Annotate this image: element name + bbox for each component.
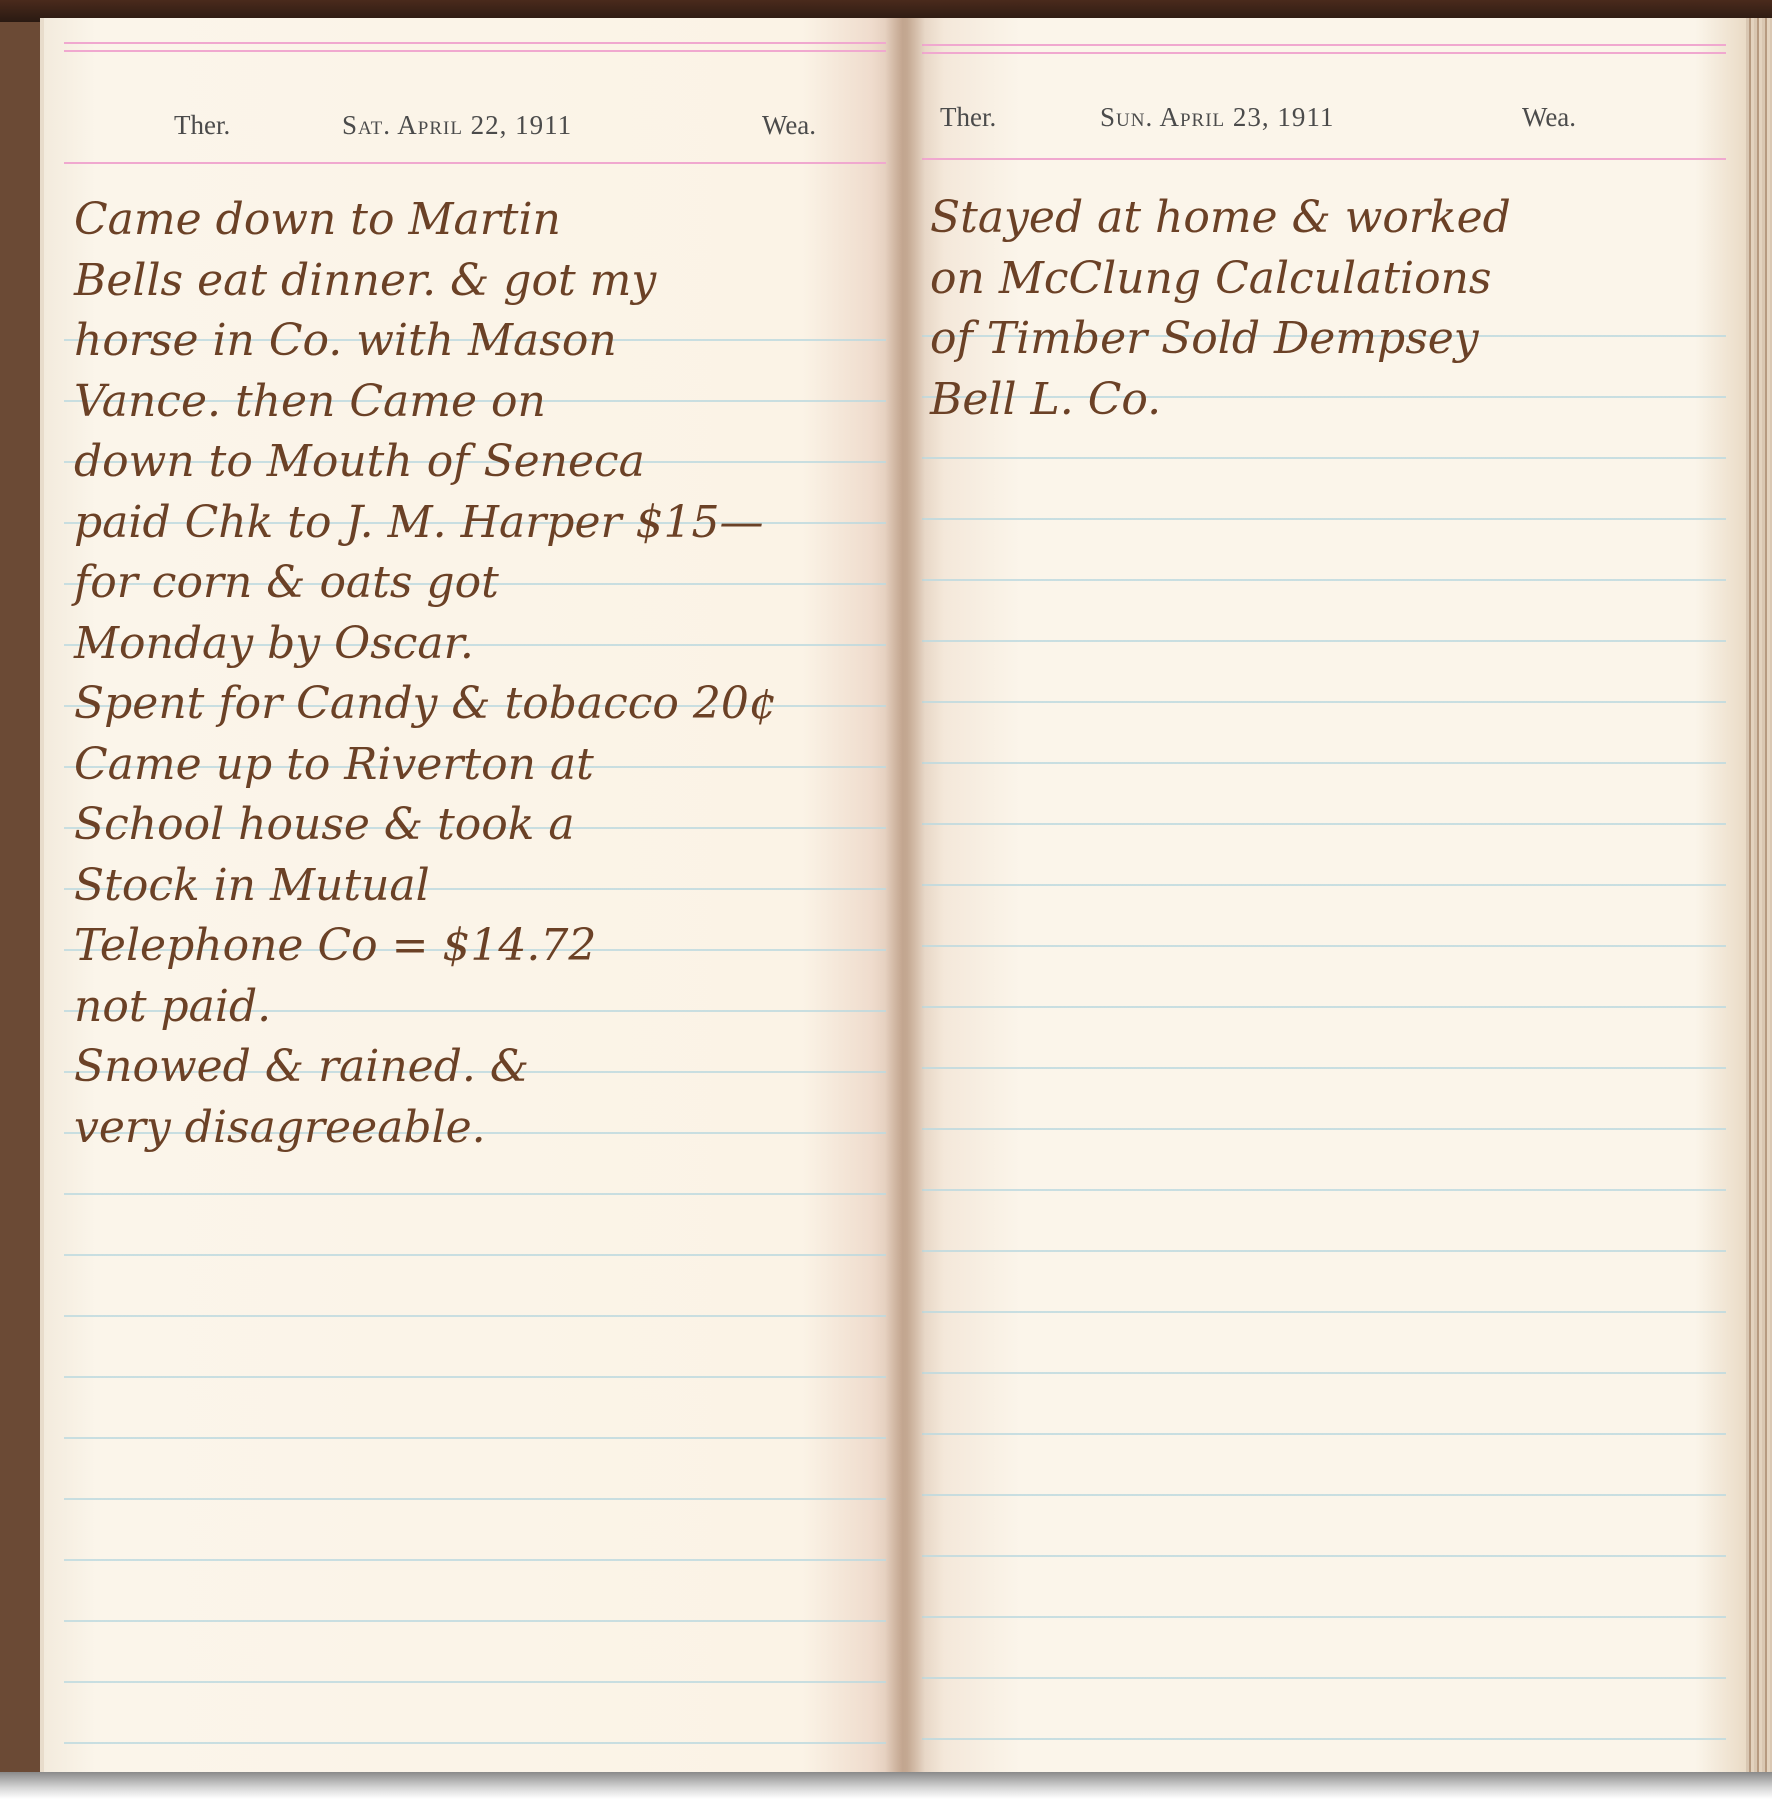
entry-line: School house & took a bbox=[74, 795, 876, 856]
entry-line: Came up to Riverton at bbox=[74, 735, 876, 796]
entry-line: of Timber Sold Dempsey bbox=[930, 309, 1716, 370]
weather-label: Wea. bbox=[1522, 102, 1576, 133]
entry-line: Bells eat dinner. & got my bbox=[74, 251, 876, 312]
diary-entry: Stayed at home & worked on McClung Calcu… bbox=[930, 188, 1716, 430]
header-rule-top bbox=[64, 42, 886, 44]
entry-line: on McClung Calculations bbox=[930, 249, 1716, 310]
header-rule-top-double bbox=[64, 50, 886, 52]
ruled-lines bbox=[922, 276, 1726, 1776]
entry-line: not paid. bbox=[74, 977, 876, 1038]
entry-line: Monday by Oscar. bbox=[74, 614, 876, 675]
entry-line: paid Chk to J. M. Harper $15— bbox=[74, 493, 876, 554]
page-date: Sat. April 22, 1911 bbox=[342, 110, 572, 141]
thermometer-label: Ther. bbox=[940, 102, 996, 133]
entry-line: Stock in Mutual bbox=[74, 856, 876, 917]
entry-line: for corn & oats got bbox=[74, 553, 876, 614]
entry-line: Stayed at home & worked bbox=[930, 188, 1716, 249]
header-rule-bottom bbox=[922, 158, 1726, 160]
thermometer-label: Ther. bbox=[174, 110, 230, 141]
header-rule-bottom bbox=[64, 162, 886, 164]
diary-page-right: Ther. Sun. April 23, 1911 Wea. Stayed at… bbox=[902, 18, 1746, 1776]
page-stack-edges bbox=[1746, 18, 1772, 1776]
entry-line: down to Mouth of Seneca bbox=[74, 432, 876, 493]
entry-line: Snowed & rained. & bbox=[74, 1037, 876, 1098]
entry-line: Telephone Co = $14.72 bbox=[74, 916, 876, 977]
diary-page-left: Ther. Sat. April 22, 1911 Wea. Came down… bbox=[40, 18, 906, 1776]
header-rule-top-double bbox=[922, 52, 1726, 54]
header-rule-top bbox=[922, 44, 1726, 46]
book-cover-bottom-edge bbox=[0, 1772, 1772, 1799]
page-header: Ther. Sat. April 22, 1911 Wea. bbox=[44, 110, 906, 150]
entry-line: very disagreeable. bbox=[74, 1098, 876, 1159]
page-date: Sun. April 23, 1911 bbox=[1100, 102, 1334, 133]
entry-line: Vance. then Came on bbox=[74, 372, 876, 433]
entry-line: Spent for Candy & tobacco 20¢ bbox=[74, 674, 876, 735]
diary-entry: Came down to Martin Bells eat dinner. & … bbox=[74, 190, 876, 1158]
entry-line: Came down to Martin bbox=[74, 190, 876, 251]
entry-line: horse in Co. with Mason bbox=[74, 311, 876, 372]
page-header: Ther. Sun. April 23, 1911 Wea. bbox=[902, 102, 1746, 142]
weather-label: Wea. bbox=[762, 110, 816, 141]
entry-line: Bell L. Co. bbox=[930, 370, 1716, 431]
